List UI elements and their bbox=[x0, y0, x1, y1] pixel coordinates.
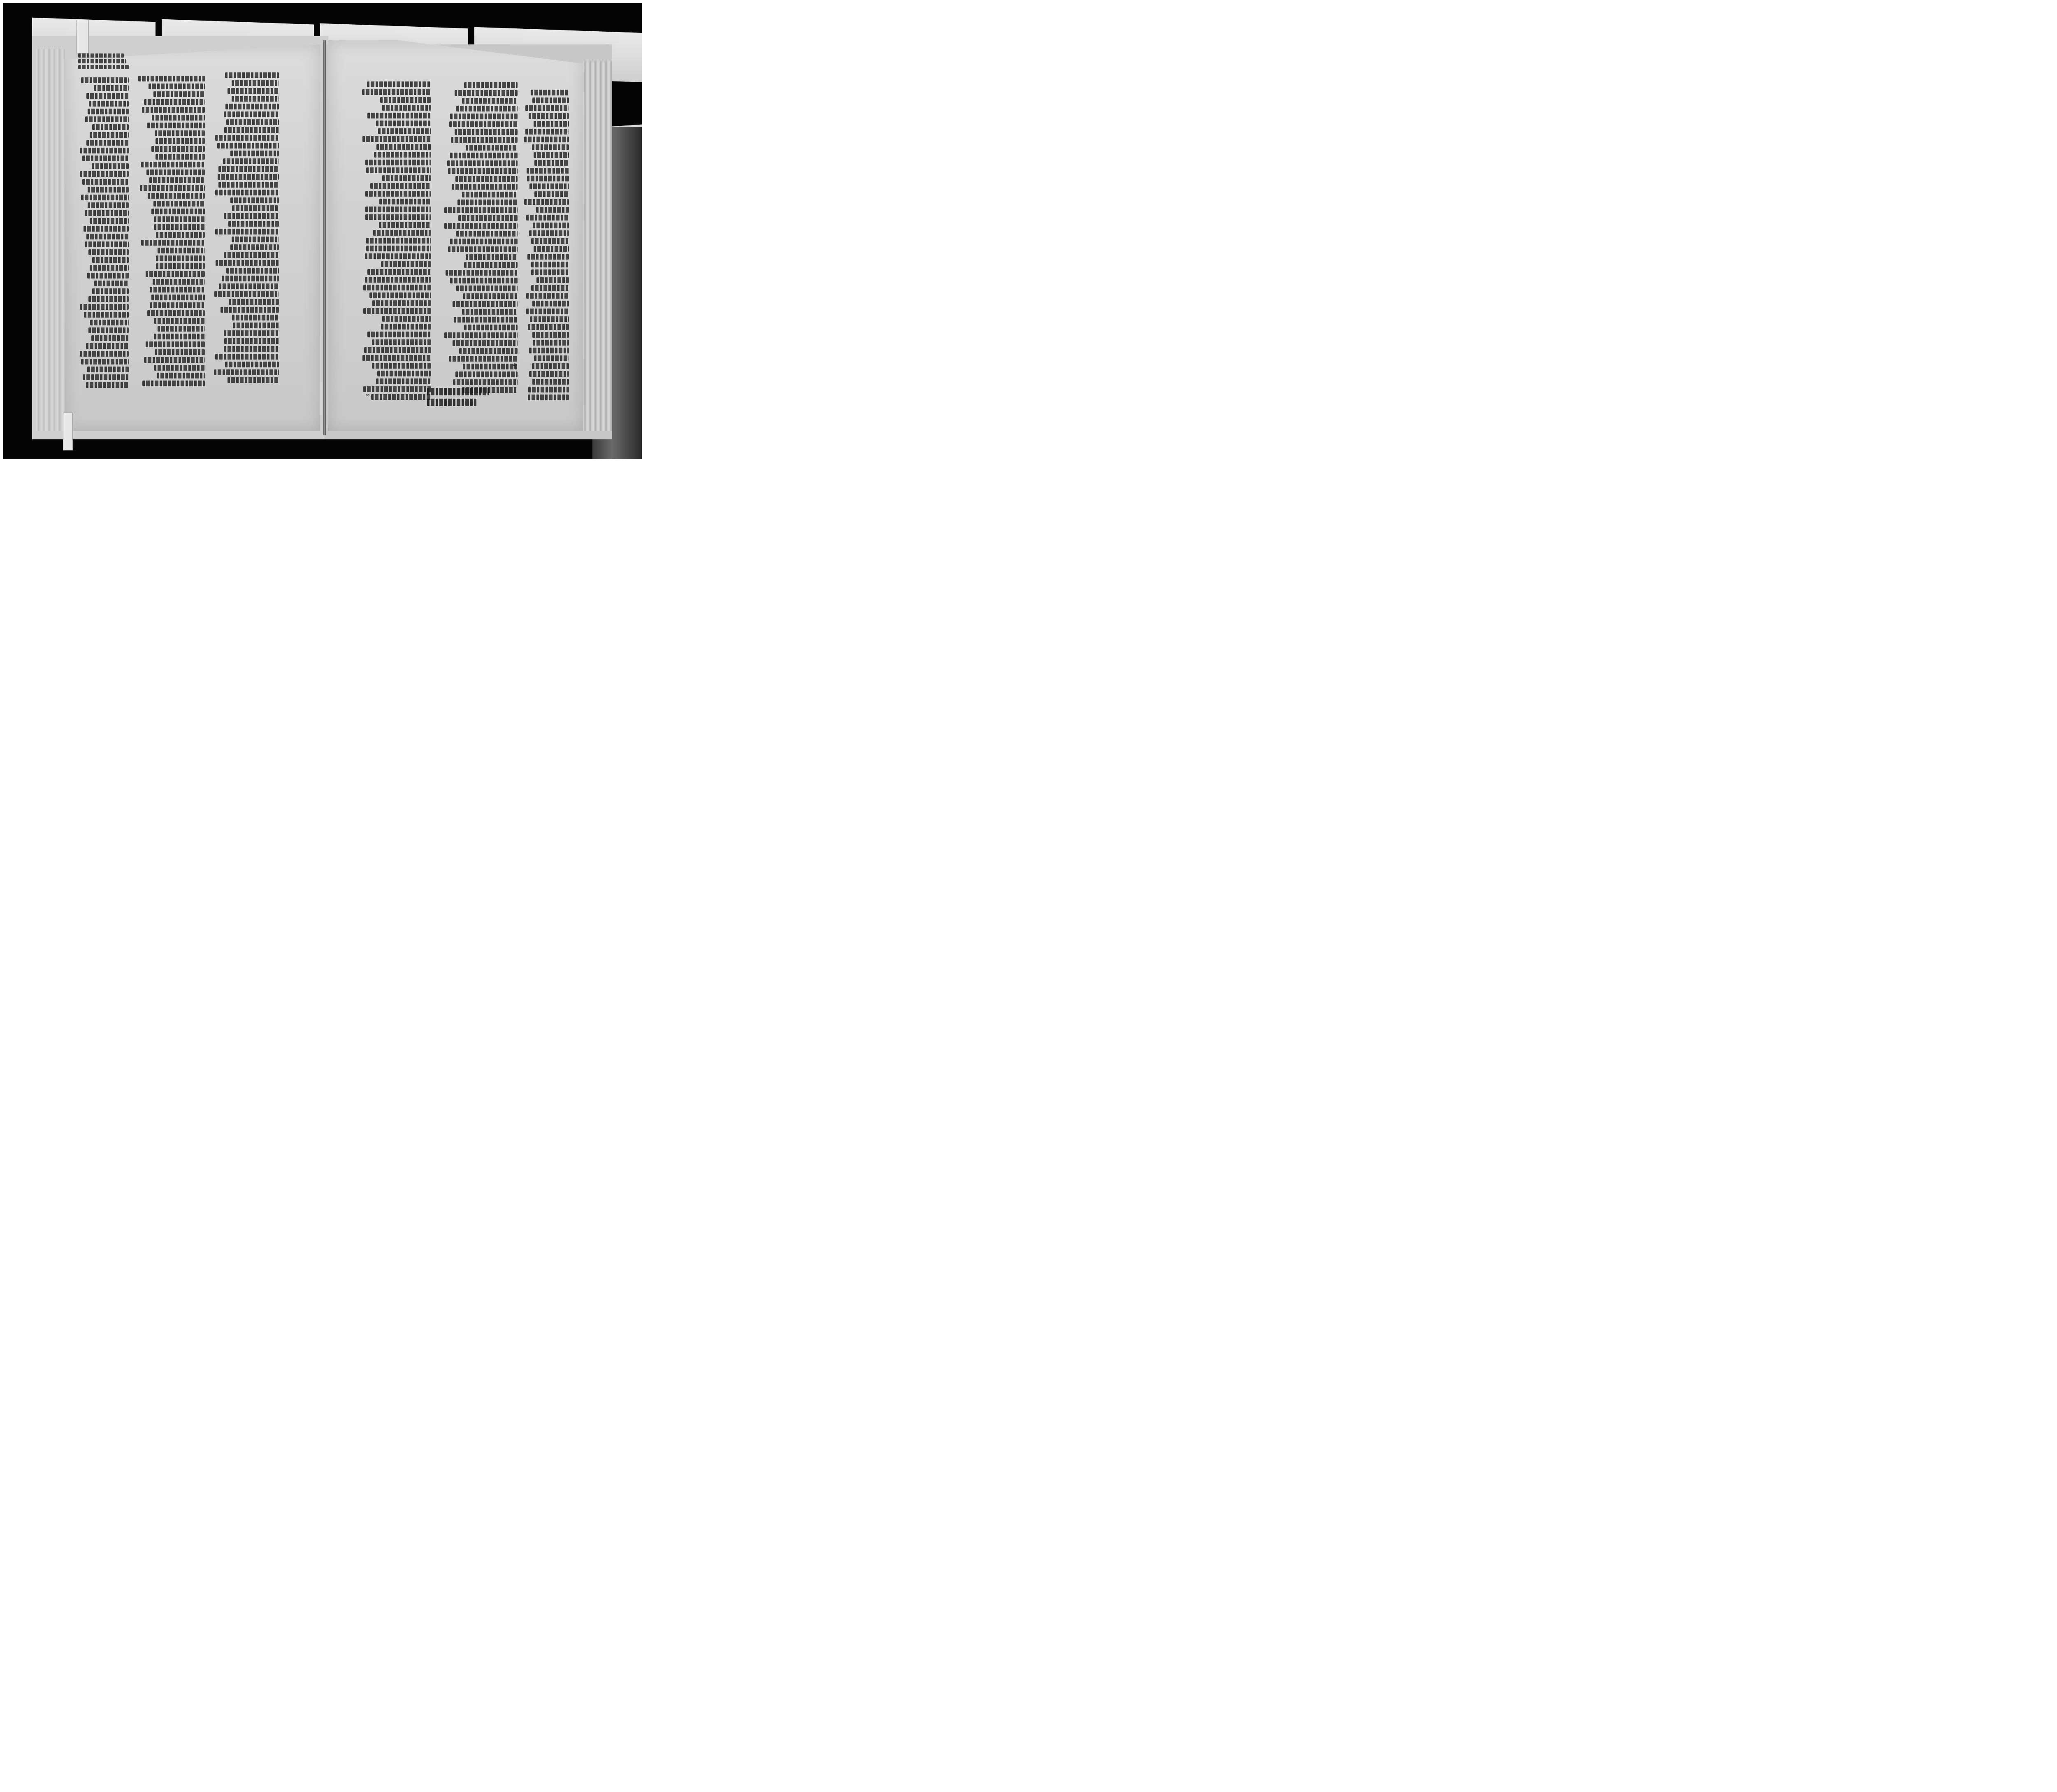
script-line bbox=[156, 232, 205, 238]
script-line bbox=[214, 369, 279, 375]
script-line bbox=[215, 135, 279, 141]
script-line bbox=[154, 334, 205, 339]
script-line bbox=[528, 387, 569, 392]
script-line bbox=[226, 268, 279, 274]
script-line bbox=[530, 316, 569, 322]
script-line bbox=[144, 99, 205, 105]
script-line bbox=[138, 76, 205, 81]
colophon bbox=[427, 388, 489, 406]
script-line bbox=[457, 200, 518, 205]
script-line bbox=[142, 381, 205, 386]
script-line bbox=[150, 287, 205, 292]
script-line bbox=[86, 234, 129, 239]
script-line bbox=[232, 237, 279, 242]
script-line bbox=[531, 262, 569, 267]
script-line bbox=[382, 316, 431, 322]
script-line bbox=[378, 128, 431, 134]
script-line bbox=[86, 382, 129, 388]
script-line bbox=[90, 132, 129, 138]
script-line bbox=[232, 80, 279, 86]
script-line bbox=[532, 97, 569, 103]
script-line bbox=[526, 215, 569, 221]
script-line bbox=[372, 363, 432, 369]
script-line bbox=[152, 115, 205, 121]
script-line bbox=[455, 129, 518, 135]
script-line bbox=[217, 143, 279, 149]
script-line bbox=[224, 213, 279, 219]
script-line bbox=[154, 216, 205, 222]
script-line bbox=[529, 371, 569, 377]
script-line bbox=[449, 356, 518, 362]
script-line bbox=[364, 347, 431, 353]
script-line bbox=[150, 302, 205, 308]
script-line bbox=[230, 151, 279, 156]
folio-number-mark: ∞ bbox=[365, 392, 370, 399]
script-line bbox=[92, 288, 129, 294]
script-line bbox=[379, 199, 431, 204]
script-line bbox=[85, 116, 129, 122]
script-line bbox=[215, 354, 279, 360]
script-line bbox=[534, 121, 569, 127]
script-line bbox=[146, 271, 205, 277]
script-line bbox=[222, 276, 279, 281]
script-line bbox=[140, 185, 205, 191]
script-line bbox=[87, 367, 129, 372]
script-line bbox=[149, 177, 205, 183]
script-line bbox=[534, 160, 569, 166]
marginal-line bbox=[78, 59, 126, 63]
script-line bbox=[149, 84, 205, 89]
right-page-column-1 bbox=[361, 81, 431, 400]
script-line bbox=[367, 332, 431, 337]
script-line bbox=[532, 144, 569, 150]
script-line bbox=[224, 346, 279, 352]
script-line bbox=[528, 324, 569, 330]
script-line bbox=[81, 195, 129, 200]
script-line bbox=[92, 163, 129, 169]
left-page-block bbox=[36, 49, 65, 431]
open-manuscript: ✝ ∞ bbox=[32, 36, 612, 439]
script-line bbox=[534, 246, 569, 252]
script-line bbox=[462, 192, 518, 197]
script-line bbox=[366, 238, 431, 244]
script-line bbox=[365, 160, 431, 165]
script-line bbox=[88, 249, 129, 255]
script-line bbox=[80, 148, 129, 153]
script-line bbox=[365, 253, 432, 259]
script-line bbox=[146, 341, 205, 347]
image-description: Black-and-white photograph of an open Sy… bbox=[3, 3, 4, 4]
script-line bbox=[94, 281, 129, 286]
script-line bbox=[529, 348, 569, 353]
script-line bbox=[92, 124, 129, 130]
marginal-line bbox=[78, 65, 129, 69]
marginal-line bbox=[78, 53, 124, 58]
script-line bbox=[232, 96, 279, 102]
script-line bbox=[450, 114, 518, 119]
script-line bbox=[225, 104, 279, 109]
marginal-cross-icon: ✝ bbox=[511, 361, 518, 371]
script-line bbox=[526, 293, 569, 299]
script-line bbox=[218, 166, 279, 172]
script-line bbox=[225, 362, 279, 367]
script-line bbox=[444, 207, 518, 213]
script-line bbox=[224, 330, 279, 336]
script-line bbox=[373, 230, 431, 236]
script-line bbox=[154, 318, 205, 324]
script-line bbox=[529, 230, 569, 236]
script-line bbox=[455, 371, 518, 377]
script-line bbox=[453, 301, 518, 307]
script-line bbox=[228, 88, 279, 94]
script-line bbox=[224, 338, 279, 344]
script-line bbox=[226, 119, 279, 125]
script-line bbox=[527, 176, 569, 181]
script-line bbox=[154, 365, 205, 371]
script-line bbox=[151, 146, 205, 152]
script-line bbox=[221, 307, 279, 313]
script-line bbox=[536, 207, 569, 213]
script-line bbox=[156, 154, 205, 160]
script-line bbox=[528, 395, 569, 400]
left-page-column-2 bbox=[137, 76, 205, 386]
script-line bbox=[85, 241, 129, 247]
right-page-column-2 bbox=[443, 82, 518, 393]
script-line bbox=[155, 130, 205, 136]
script-line bbox=[232, 205, 279, 211]
script-line bbox=[156, 255, 205, 261]
script-line bbox=[90, 320, 129, 325]
script-line bbox=[80, 304, 129, 310]
script-line bbox=[447, 160, 518, 166]
script-line bbox=[524, 199, 569, 205]
script-line bbox=[233, 323, 279, 328]
script-line bbox=[526, 309, 569, 314]
script-line bbox=[532, 301, 569, 306]
script-line bbox=[230, 197, 279, 203]
script-line bbox=[365, 207, 431, 212]
script-line bbox=[90, 218, 129, 224]
script-line bbox=[223, 158, 279, 164]
script-line bbox=[88, 327, 129, 333]
script-line bbox=[81, 77, 129, 83]
script-line bbox=[83, 374, 129, 380]
script-line bbox=[380, 97, 431, 103]
script-line bbox=[376, 121, 431, 126]
script-line bbox=[376, 144, 431, 150]
script-line bbox=[80, 351, 129, 357]
script-line bbox=[151, 295, 205, 300]
script-line bbox=[158, 326, 205, 332]
script-line bbox=[529, 113, 569, 119]
script-line bbox=[369, 292, 431, 298]
script-line bbox=[94, 85, 129, 91]
script-line bbox=[365, 214, 431, 220]
script-line bbox=[86, 140, 129, 146]
left-page-column-3 bbox=[213, 72, 279, 383]
script-line bbox=[363, 308, 431, 314]
left-top-marginal-note bbox=[78, 53, 132, 69]
script-line bbox=[92, 257, 129, 263]
script-line bbox=[370, 183, 431, 189]
script-line bbox=[371, 394, 431, 400]
script-line bbox=[142, 107, 205, 113]
script-line bbox=[379, 222, 432, 228]
script-line bbox=[90, 265, 129, 271]
script-line bbox=[372, 339, 432, 345]
photo-frame: Black-and-white photograph of an open Sy… bbox=[3, 3, 642, 459]
script-line bbox=[376, 378, 431, 384]
script-line bbox=[462, 309, 518, 315]
script-line bbox=[525, 105, 569, 111]
script-line bbox=[80, 171, 129, 177]
gutter bbox=[323, 40, 326, 435]
script-line bbox=[144, 357, 205, 363]
script-line bbox=[456, 106, 518, 111]
script-line bbox=[463, 364, 518, 369]
script-line bbox=[215, 190, 279, 195]
script-line bbox=[456, 231, 518, 237]
script-line bbox=[224, 111, 279, 117]
script-line bbox=[531, 269, 569, 275]
script-line bbox=[154, 224, 205, 230]
script-line bbox=[85, 210, 129, 216]
script-line bbox=[532, 379, 569, 385]
script-line bbox=[82, 156, 129, 161]
script-line bbox=[534, 191, 569, 197]
script-line bbox=[453, 379, 518, 385]
script-line bbox=[527, 254, 569, 260]
script-line bbox=[214, 291, 279, 297]
script-line bbox=[84, 226, 129, 232]
script-line bbox=[532, 332, 569, 338]
script-line bbox=[450, 153, 518, 158]
script-line bbox=[363, 285, 431, 290]
script-line bbox=[232, 315, 279, 320]
bottom-clip bbox=[63, 413, 73, 450]
script-line bbox=[218, 182, 279, 188]
script-line bbox=[89, 101, 129, 107]
script-line bbox=[156, 263, 205, 269]
script-line bbox=[464, 325, 518, 330]
script-line bbox=[362, 355, 431, 361]
script-line bbox=[531, 285, 569, 291]
script-line bbox=[141, 162, 205, 167]
script-line bbox=[531, 238, 569, 244]
script-line bbox=[464, 262, 518, 268]
script-line bbox=[362, 89, 431, 95]
script-line bbox=[533, 223, 569, 228]
script-line bbox=[377, 371, 431, 376]
script-line bbox=[444, 223, 518, 229]
script-line bbox=[453, 340, 518, 346]
script-line bbox=[466, 145, 518, 151]
script-line bbox=[367, 81, 431, 87]
script-line bbox=[531, 90, 569, 95]
script-line bbox=[451, 137, 518, 143]
script-line bbox=[533, 340, 569, 346]
script-line bbox=[146, 169, 205, 175]
script-line bbox=[532, 363, 569, 369]
script-line bbox=[147, 310, 205, 316]
script-line bbox=[156, 138, 205, 144]
script-line bbox=[218, 174, 279, 180]
script-line bbox=[448, 168, 518, 174]
script-line bbox=[463, 293, 518, 299]
script-line bbox=[454, 317, 518, 323]
script-line bbox=[91, 335, 129, 341]
script-line bbox=[374, 152, 431, 158]
script-line bbox=[365, 277, 432, 283]
script-line bbox=[448, 246, 518, 252]
script-line bbox=[230, 244, 279, 250]
script-line bbox=[381, 261, 431, 267]
script-line bbox=[524, 137, 569, 142]
script-line bbox=[466, 254, 518, 260]
script-line bbox=[82, 179, 129, 185]
script-line bbox=[534, 152, 569, 158]
script-line bbox=[153, 201, 205, 207]
script-line bbox=[381, 324, 431, 330]
script-line bbox=[450, 239, 518, 244]
script-line bbox=[455, 90, 518, 96]
script-line bbox=[158, 248, 205, 253]
script-line bbox=[81, 359, 129, 364]
script-line bbox=[148, 193, 205, 199]
script-line bbox=[87, 273, 129, 279]
script-line bbox=[219, 283, 279, 289]
script-line bbox=[382, 105, 431, 111]
script-line bbox=[444, 332, 518, 338]
script-line bbox=[366, 167, 431, 173]
script-line bbox=[367, 269, 431, 275]
script-line bbox=[215, 229, 279, 234]
script-line bbox=[372, 300, 431, 306]
script-line bbox=[224, 252, 279, 258]
script-line bbox=[527, 168, 569, 174]
script-line bbox=[456, 286, 518, 291]
script-line bbox=[151, 209, 205, 214]
script-line bbox=[449, 121, 518, 127]
script-line bbox=[367, 113, 431, 118]
script-line bbox=[224, 127, 279, 133]
script-line bbox=[462, 98, 518, 104]
script-line bbox=[452, 184, 518, 190]
script-line bbox=[446, 270, 518, 276]
script-line bbox=[459, 348, 518, 354]
script-line bbox=[88, 187, 129, 193]
script-line bbox=[455, 176, 518, 182]
script-line bbox=[228, 377, 279, 383]
script-line bbox=[88, 202, 129, 208]
script-line bbox=[365, 191, 431, 197]
top-clip bbox=[77, 20, 89, 53]
script-line bbox=[464, 82, 518, 88]
script-line bbox=[155, 349, 205, 355]
script-line bbox=[88, 296, 129, 302]
script-line bbox=[86, 93, 129, 99]
script-line bbox=[153, 279, 205, 285]
script-line bbox=[141, 240, 205, 246]
script-line bbox=[536, 277, 569, 283]
script-line bbox=[534, 355, 569, 361]
script-line bbox=[363, 386, 431, 392]
left-page-column-1 bbox=[79, 77, 129, 388]
script-line bbox=[450, 278, 518, 283]
script-line bbox=[362, 136, 431, 142]
script-line bbox=[153, 91, 205, 97]
script-line bbox=[228, 221, 279, 227]
script-line bbox=[225, 72, 279, 78]
script-line bbox=[458, 215, 518, 221]
script-line bbox=[382, 175, 431, 181]
script-line bbox=[147, 123, 205, 128]
script-line bbox=[525, 129, 569, 135]
script-line bbox=[157, 373, 205, 378]
script-line bbox=[84, 312, 129, 318]
script-line bbox=[229, 299, 279, 305]
script-line bbox=[529, 183, 569, 189]
script-line bbox=[86, 343, 129, 349]
script-line bbox=[88, 109, 129, 114]
script-line bbox=[216, 260, 279, 266]
script-line bbox=[366, 246, 431, 251]
right-page-block bbox=[583, 61, 612, 431]
right-page-column-3 bbox=[524, 90, 569, 400]
